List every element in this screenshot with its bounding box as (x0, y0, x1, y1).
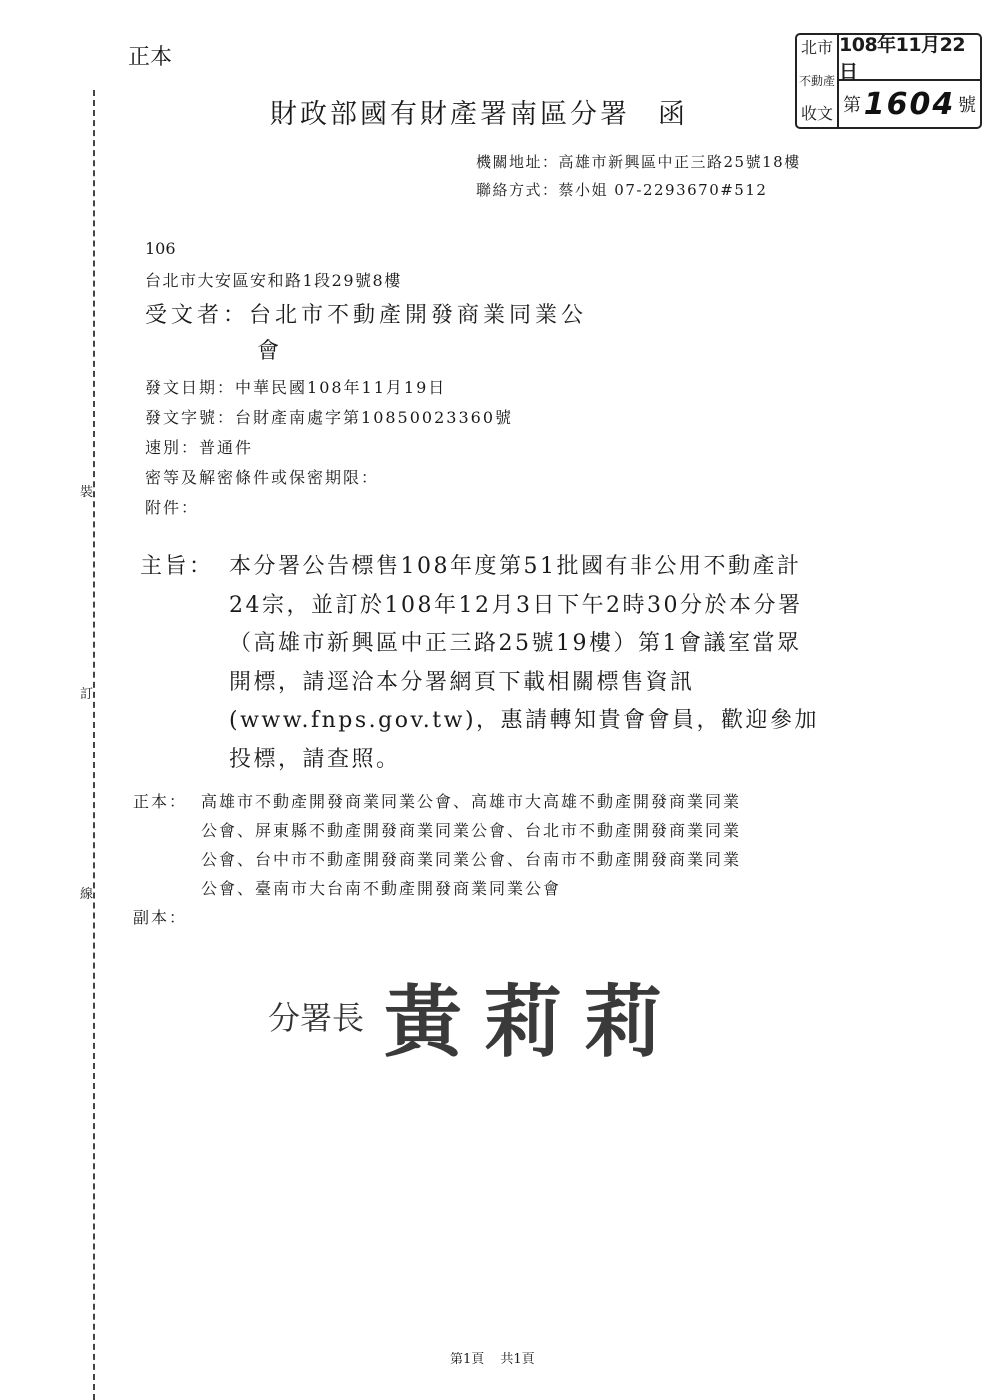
stamp-number: 1604 (864, 87, 956, 122)
issuer-address-row: 機關地址：高雄市新興區中正三路25號18樓 (476, 148, 801, 176)
subject-line: (www.fnps.gov.tw)，惠請轉知貴會會員，歡迎參加 (229, 702, 900, 741)
recipients-line: 高雄市不動產開發商業同業公會、高雄市大高雄不動產開發商業同業 (201, 787, 893, 816)
document-metadata: 發文日期：中華民國108年11月19日 發文字號：台財產南處字第10850023… (145, 373, 513, 523)
signatory-name: 黃莉莉 (384, 960, 684, 1072)
address-value: 高雄市新興區中正三路25號18樓 (559, 153, 801, 171)
addressee-name-line1: 台北市不動產開發商業同業公 (249, 303, 587, 328)
subject-line: 24宗，並訂於108年12月3日下午2時30分於本分署 (229, 587, 900, 626)
stamp-org: 北市 不動產 收文 (797, 35, 839, 127)
copy-type-label: 正本 (128, 40, 172, 71)
distribution-section: 正本： 高雄市不動產開發商業同業公會、高雄市大高雄不動產開發商業同業 公會、屏東… (133, 787, 893, 932)
subject-line: 投標，請查照。 (229, 741, 900, 780)
addressee: 受文者：台北市不動產開發商業同業公 會 (145, 298, 587, 370)
meta-label: 速別： (145, 438, 199, 457)
binding-mark-xian: 線 (80, 880, 93, 905)
meta-urgency: 速別：普通件 (145, 433, 513, 463)
meta-value: 中華民國108年11月19日 (235, 378, 446, 397)
addressee-name-line2: 會 (145, 334, 587, 370)
receipt-stamp: 北市 不動產 收文 108年11月22日 第 1604 號 (795, 33, 982, 129)
recipient-zip: 106 (145, 239, 176, 258)
binding-mark-ding: 訂 (80, 680, 93, 705)
signature-block: 分署長 黃莉莉 (268, 960, 684, 1072)
stamp-org-line1: 北市 (801, 37, 833, 59)
document-type: 函 (658, 99, 688, 130)
subject-line: （高雄市新興區中正三路25號19樓）第1會議室當眾 (229, 625, 900, 664)
recipients-line: 公會、台中市不動產開發商業同業公會、台南市不動產開發商業同業 (201, 845, 893, 874)
original-recipients-list: 高雄市不動產開發商業同業公會、高雄市大高雄不動產開發商業同業 公會、屏東縣不動產… (201, 787, 893, 903)
recipient-address: 台北市大安區安和路1段29號8樓 (145, 268, 402, 291)
addressee-label: 受文者： (145, 303, 249, 328)
binding-line (93, 90, 95, 1400)
meta-label: 密等及解密條件或保密期限： (145, 468, 379, 487)
subject-label: 主旨： (140, 548, 214, 587)
meta-classification: 密等及解密條件或保密期限： (145, 463, 513, 493)
meta-issue-date: 發文日期：中華民國108年11月19日 (145, 373, 513, 403)
meta-label: 附件： (145, 498, 199, 517)
meta-label: 發文日期： (145, 378, 235, 397)
contact-label: 聯絡方式： (476, 181, 559, 199)
meta-document-number: 發文字號：台財產南處字第10850023360號 (145, 403, 513, 433)
original-recipients-label: 正本： (133, 787, 187, 816)
meta-label: 發文字號： (145, 408, 235, 427)
stamp-number-suffix: 號 (958, 91, 976, 117)
stamp-number-row: 第 1604 號 (839, 81, 980, 127)
subject-line: 開標，請逕洽本分署網頁下載相關標售資訊 (229, 664, 900, 703)
issuer-contact: 機關地址：高雄市新興區中正三路25號18樓 聯絡方式：蔡小姐 07-229367… (476, 148, 801, 204)
meta-value: 台財產南處字第10850023360號 (235, 408, 513, 427)
stamp-org-line2: 不動產 (799, 72, 835, 90)
stamp-org-line3: 收文 (801, 103, 833, 125)
copy-recipients-label: 副本： (133, 903, 893, 932)
binding-mark-zhuang: 裝 (80, 478, 93, 503)
subject-line: 本分署公告標售108年度第51批國有非公用不動產計 (229, 548, 900, 587)
subject-body: 本分署公告標售108年度第51批國有非公用不動產計 24宗，並訂於108年12月… (229, 548, 900, 779)
meta-value: 普通件 (199, 438, 253, 457)
recipients-line: 公會、屏東縣不動產開發商業同業公會、台北市不動產開發商業同業 (201, 816, 893, 845)
stamp-number-prefix: 第 (843, 91, 861, 117)
address-label: 機關地址： (476, 153, 559, 171)
document-title: 財政部國有財產署南區分署函 (270, 92, 688, 131)
subject-section: 主旨： 本分署公告標售108年度第51批國有非公用不動產計 24宗，並訂於108… (140, 548, 900, 779)
page-footer: 第1頁 共1頁 (450, 1348, 535, 1367)
issuer-name: 財政部國有財產署南區分署 (270, 99, 630, 130)
contact-value: 蔡小姐 07-2293670#512 (559, 181, 768, 199)
signatory-role: 分署長 (268, 993, 364, 1039)
recipients-line: 公會、臺南市大台南不動產開發商業同業公會 (201, 874, 893, 903)
meta-attachments: 附件： (145, 493, 513, 523)
issuer-contact-row: 聯絡方式：蔡小姐 07-2293670#512 (476, 176, 801, 204)
stamp-date: 108年11月22日 (839, 35, 980, 81)
